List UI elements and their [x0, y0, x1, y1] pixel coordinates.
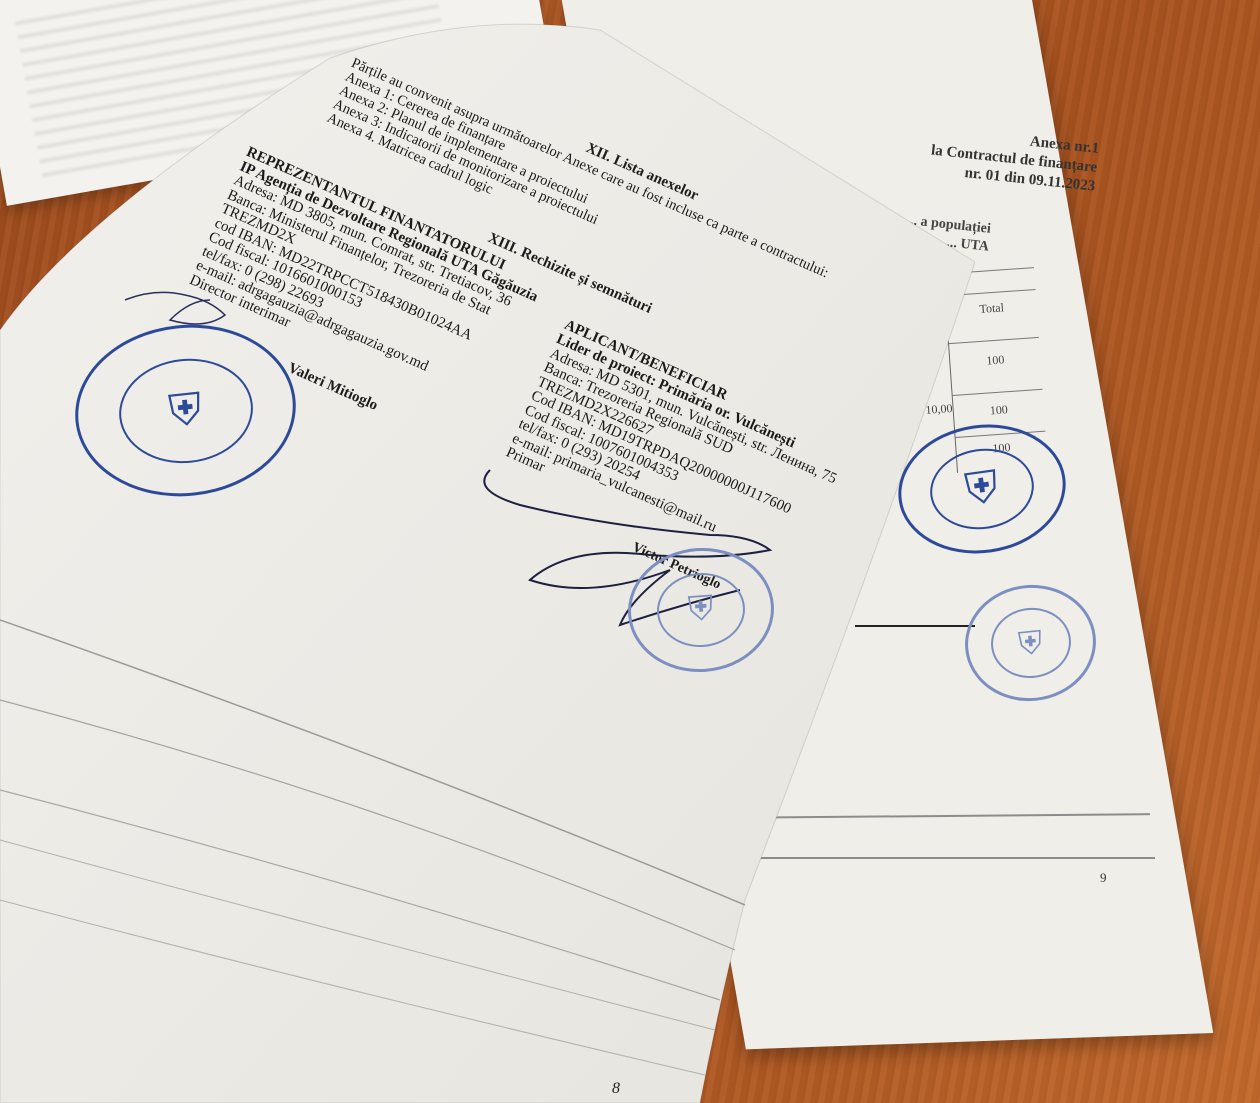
moldova-coat-of-arms-icon: ⛨ — [687, 592, 715, 628]
page-rule — [760, 857, 1155, 859]
moldova-coat-of-arms-icon: ⛨ — [963, 465, 1002, 513]
table-cell: 10,00 — [925, 401, 953, 418]
moldova-coat-of-arms-icon: ⛨ — [167, 387, 204, 434]
table-cell: 100 — [949, 337, 1042, 396]
moldova-coat-of-arms-icon: ⛨ — [1017, 626, 1044, 660]
page-number-9: 9 — [1100, 870, 1107, 886]
table-header-total: Total — [946, 289, 1039, 334]
page-number-8: 8 — [612, 1080, 620, 1098]
signature-line — [855, 625, 975, 627]
